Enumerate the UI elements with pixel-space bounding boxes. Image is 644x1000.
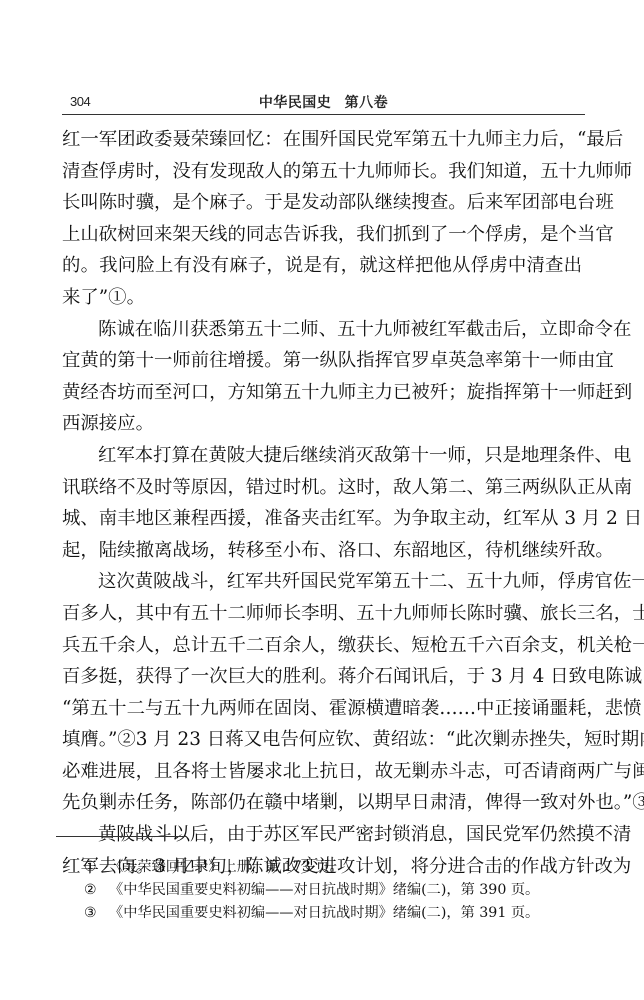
text-line: 西源接应。: [62, 408, 582, 440]
text-line: 长叫陈时骥，是个麻子。于是发动部队继续搜查。后来军团部电台班: [62, 187, 582, 219]
footnote-mark: ③: [84, 902, 109, 925]
footnotes: ①《聂荣臻回忆录》上册，第 173 页。②《中华民国重要史料初编——对日抗战时期…: [84, 856, 584, 925]
text-line: 城、南丰地区兼程西援，准备夹击红军。为争取主动，红军从 3 月 2 日: [62, 503, 582, 535]
text-line: 宜黄的第十一师前往增援。第一纵队指挥官罗卓英急率第十一师由宜: [62, 345, 582, 377]
text-line: 起，陆续撤离战场，转移至小布、洛口、东韶地区，待机继续歼敌。: [62, 535, 582, 567]
footnote: ②《中华民国重要史料初编——对日抗战时期》绪编(二)，第 390 页。: [84, 879, 584, 902]
text-line: “第五十二与五十九两师在固岗、霍源横遭暗袭……中正接诵噩耗，悲愤: [62, 693, 582, 725]
text-line: 百多人，其中有五十二师师长李明、五十九师师长陈时骥、旅长三名，士: [62, 598, 582, 630]
footnote: ①《聂荣臻回忆录》上册，第 173 页。: [84, 856, 584, 879]
page-header: 304 中华民国史 第八卷: [62, 92, 585, 114]
text-line: 这次黄陂战斗，红军共歼国民党军第五十二、五十九师，俘虏官佐一: [62, 566, 582, 598]
text-line: 上山砍树回来架天线的同志告诉我，我们抓到了一个俘虏，是个当官: [62, 219, 582, 251]
body-text: 红一军团政委聂荣臻回忆：在围歼国民党军第五十九师主力后，“最后清查俘虏时，没有发…: [62, 124, 582, 882]
text-line: 黄陂战斗以后，由于苏区军民严密封锁消息，国民党军仍然摸不清: [62, 819, 582, 851]
text-line: 陈诚在临川获悉第五十二师、五十九师被红军截击后，立即命令在: [62, 314, 582, 346]
text-line: 的。我问脸上有没有麻子，说是有，就这样把他从俘虏中清查出: [62, 250, 582, 282]
text-line: 填膺。”②3 月 23 日蒋又电告何应钦、黄绍竑：“此次剿赤挫失，短时期内: [62, 724, 582, 756]
footnote-mark: ②: [84, 879, 109, 902]
running-title: 中华民国史 第八卷: [62, 92, 585, 112]
footnote-separator: [56, 836, 186, 837]
footnote-text: 《聂荣臻回忆录》上册，第 173 页。: [109, 859, 344, 875]
text-line: 百多挺，获得了一次巨大的胜利。蒋介石闻讯后，于 3 月 4 日致电陈诚：: [62, 661, 582, 693]
footnote-mark: ①: [84, 856, 109, 879]
header-rule: [62, 114, 585, 115]
text-line: 讯联络不及时等原因，错过时机。这时，敌人第二、第三两纵队正从南: [62, 472, 582, 504]
footnote-text: 《中华民国重要史料初编——对日抗战时期》绪编(二)，第 390 页。: [109, 882, 539, 898]
text-line: 兵五千余人，总计五千二百余人，缴获长、短枪五千六百余支，机关枪一: [62, 630, 582, 662]
text-line: 必难进展，且各将士皆屡求北上抗日，故无剿赤斗志，可否请商两广与闽: [62, 756, 582, 788]
footnote: ③《中华民国重要史料初编——对日抗战时期》绪编(二)，第 391 页。: [84, 902, 584, 925]
text-line: 来了”①。: [62, 282, 582, 314]
text-line: 红一军团政委聂荣臻回忆：在围歼国民党军第五十九师主力后，“最后: [62, 124, 582, 156]
text-line: 红军本打算在黄陂大捷后继续消灭敌第十一师，只是地理条件、电: [62, 440, 582, 472]
text-line: 清查俘虏时，没有发现敌人的第五十九师师长。我们知道，五十九师师: [62, 156, 582, 188]
footnote-text: 《中华民国重要史料初编——对日抗战时期》绪编(二)，第 391 页。: [109, 905, 539, 921]
text-line: 先负剿赤任务，陈部仍在赣中堵剿，以期早日肃清，俾得一致对外也。”③: [62, 787, 582, 819]
text-line: 黄经杏坊而至河口，方知第五十九师主力已被歼；旋指挥第十一师赶到: [62, 377, 582, 409]
